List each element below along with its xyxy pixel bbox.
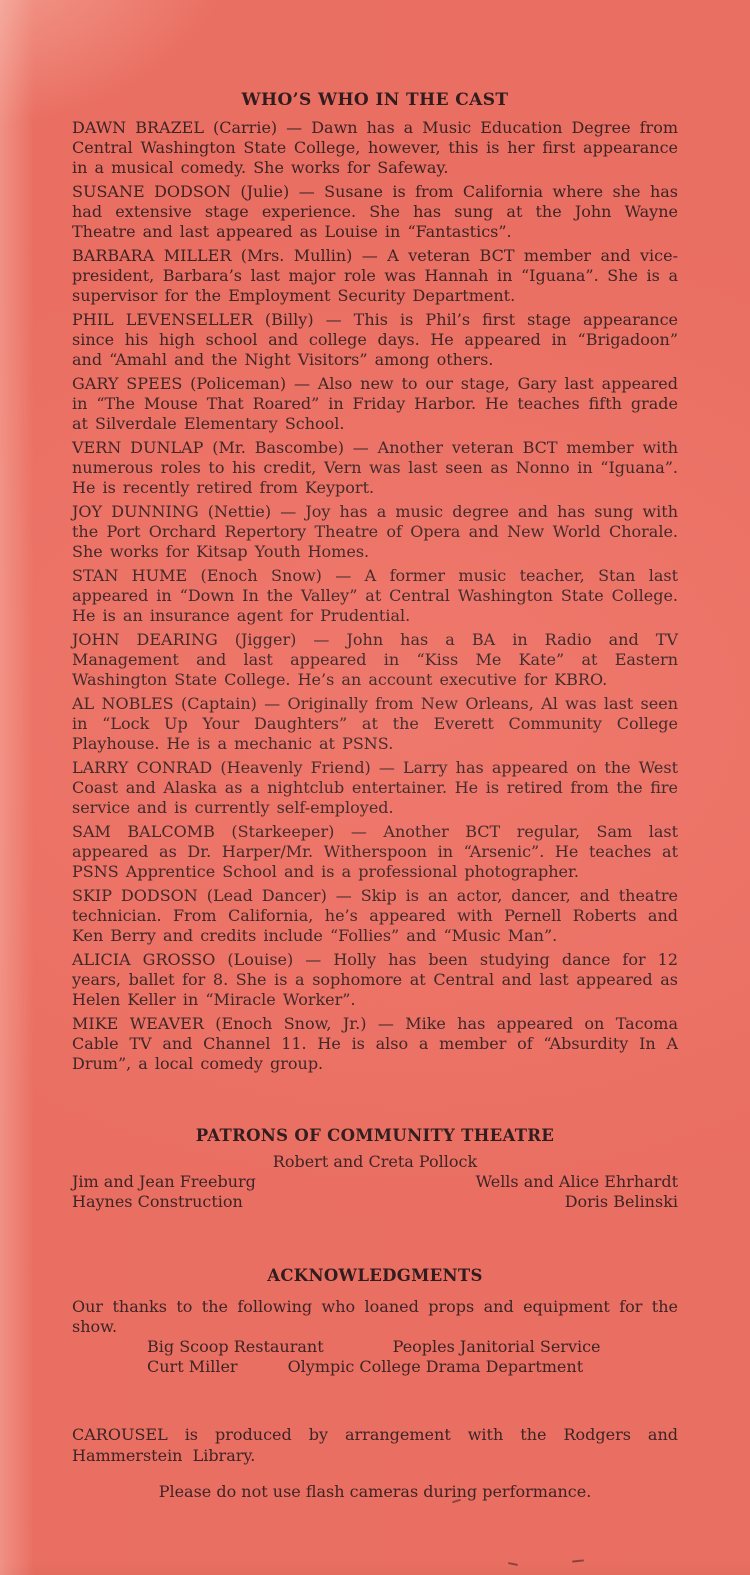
acknowledgment-name: Peoples Janitorial Service	[393, 1337, 601, 1356]
cast-entry: JOHN DEARING (Jigger) — John has a BA in…	[72, 630, 678, 690]
cast-entry: LARRY CONRAD (Heavenly Friend) — Larry h…	[72, 758, 678, 818]
patron-row: Haynes Construction Doris Belinski	[72, 1192, 678, 1212]
patron-row: Jim and Jean Freeburg Wells and Alice Eh…	[72, 1172, 678, 1192]
cast-entry: VERN DUNLAP (Mr. Bascombe) — Another vet…	[72, 438, 678, 498]
cast-entry: AL NOBLES (Captain) — Originally from Ne…	[72, 694, 678, 754]
acknowledgment-name: Curt Miller	[147, 1357, 238, 1376]
cast-entry: STAN HUME (Enoch Snow) — A former music …	[72, 566, 678, 626]
cast-entry: SUSANE DODSON (Julie) — Susane is from C…	[72, 182, 678, 242]
patron-name: Robert and Creta Pollock	[72, 1152, 678, 1172]
cast-entry: BARBARA MILLER (Mrs. Mullin) — A veteran…	[72, 246, 678, 306]
cast-section: DAWN BRAZEL (Carrie) — Dawn has a Music …	[72, 118, 678, 1074]
patron-name: Doris Belinski	[565, 1192, 678, 1212]
patrons-section: PATRONS OF COMMUNITY THEATRE Robert and …	[72, 1126, 678, 1212]
patron-name: Jim and Jean Freeburg	[72, 1172, 256, 1192]
cast-entry: SAM BALCOMB (Starkeeper) — Another BCT r…	[72, 822, 678, 882]
acknowledgment-name: Big Scoop Restaurant	[147, 1337, 324, 1356]
cast-column: WHO’S WHO IN THE CAST DAWN BRAZEL (Carri…	[72, 0, 678, 1074]
scan-speck	[508, 1562, 518, 1566]
patron-name: Haynes Construction	[72, 1192, 243, 1212]
cast-entry: DAWN BRAZEL (Carrie) — Dawn has a Music …	[72, 118, 678, 178]
cast-entry: GARY SPEES (Policeman) — Also new to our…	[72, 374, 678, 434]
acknowledgment-name: Olympic College Drama Department	[288, 1357, 584, 1376]
flash-camera-note: Please do not use flash cameras during p…	[0, 1482, 750, 1502]
production-note: CAROUSEL is produced by arrangement with…	[72, 1424, 678, 1466]
cast-entry: ALICIA GROSSO (Louise) — Holly has been …	[72, 950, 678, 1010]
acknowledgments-intro: Our thanks to the following who loaned p…	[72, 1297, 678, 1337]
program-page: WHO’S WHO IN THE CAST DAWN BRAZEL (Carri…	[0, 0, 750, 1575]
acknowledgment-row: Big Scoop RestaurantPeoples Janitorial S…	[72, 1337, 678, 1357]
cast-entry: SKIP DODSON (Lead Dancer) — Skip is an a…	[72, 886, 678, 946]
scan-speck	[572, 1559, 584, 1562]
patron-name: Wells and Alice Ehrhardt	[476, 1172, 678, 1192]
acknowledgments-section: ACKNOWLEDGMENTS Our thanks to the follow…	[72, 1266, 678, 1377]
acknowledgment-row: Curt MillerOlympic College Drama Departm…	[72, 1357, 678, 1377]
cast-entry: JOY DUNNING (Nettie) — Joy has a music d…	[72, 502, 678, 562]
acknowledgments-heading: ACKNOWLEDGMENTS	[72, 1266, 678, 1286]
page-title: WHO’S WHO IN THE CAST	[72, 90, 678, 110]
patrons-heading: PATRONS OF COMMUNITY THEATRE	[72, 1126, 678, 1146]
cast-entry: PHIL LEVENSELLER (Billy) — This is Phil’…	[72, 310, 678, 370]
cast-entry: MIKE WEAVER (Enoch Snow, Jr.) — Mike has…	[72, 1014, 678, 1074]
